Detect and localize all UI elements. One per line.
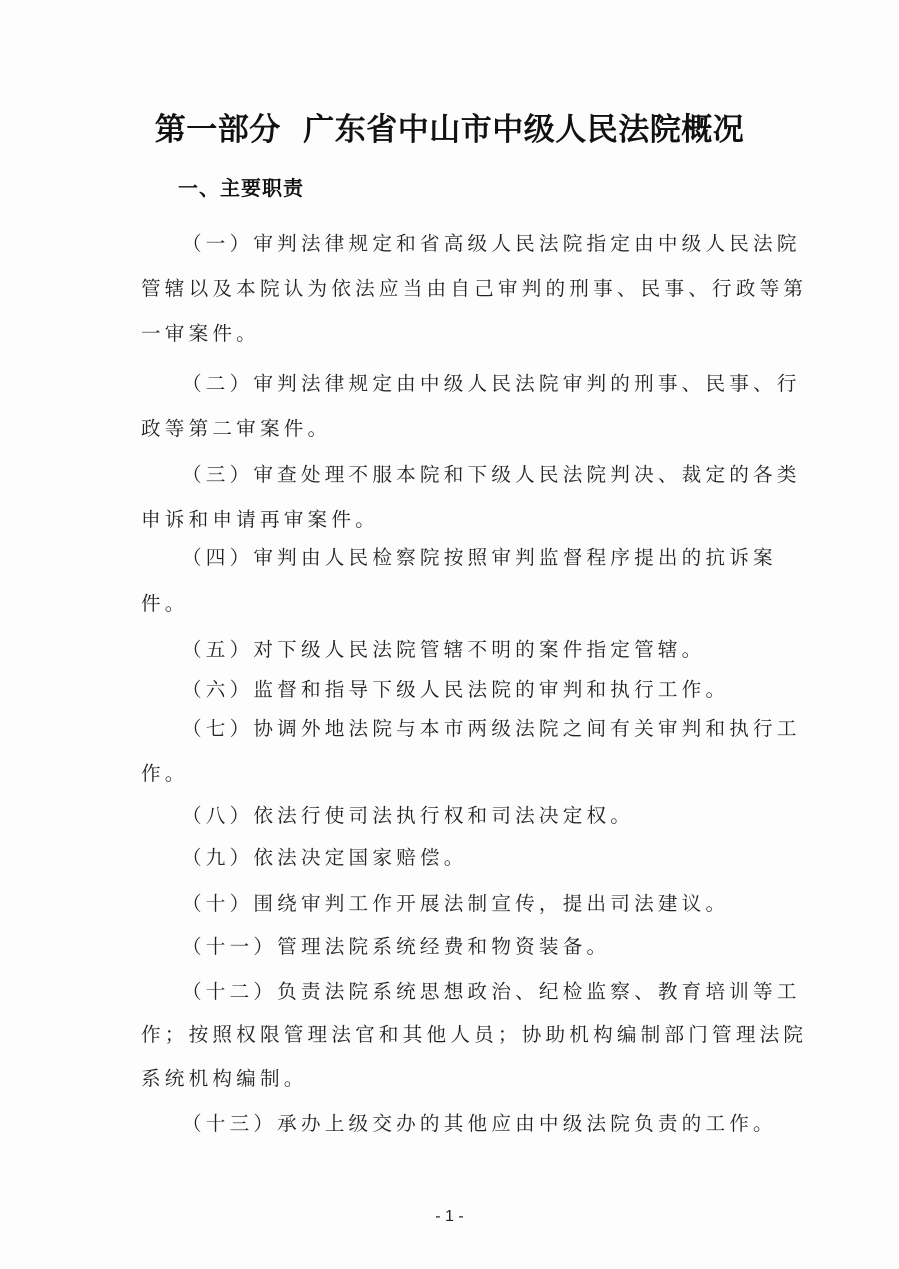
text-line: 系统机构编制。 <box>141 1069 308 1089</box>
text-line: 一审案件。 <box>141 324 260 344</box>
document-page: 第一部分 广东省中山市中级人民法院概况 一、主要职责 （一）审判法律规定和省高级… <box>0 0 899 1269</box>
text-line: 作；按照权限管理法官和其他人员；协助机构编制部门管理法院 <box>141 1025 807 1045</box>
text-line: （十三）承办上级交办的其他应由中级法院负责的工作。 <box>182 1114 777 1134</box>
text-line: （一）审判法律规定和省高级人民法院指定由中级人民法院 <box>182 234 801 254</box>
text-line: （十一）管理法院系统经费和物资装备。 <box>182 937 610 957</box>
text-line: （五）对下级人民法院管辖不明的案件指定管辖。 <box>182 640 705 660</box>
text-line: 管辖以及本院认为依法应当由自己审判的刑事、民事、行政等第 <box>141 279 807 299</box>
text-line: （十）围绕审判工作开展法制宣传，提出司法建议。 <box>182 894 729 914</box>
text-line: 申诉和申请再审案件。 <box>141 510 379 530</box>
text-line: （八）依法行使司法执行权和司法决定权。 <box>182 806 634 826</box>
text-line: 作。 <box>141 764 189 784</box>
text-line: （七）协调外地法院与本市两级法院之间有关审判和执行工 <box>182 719 801 739</box>
text-line: （四）审判由人民检察院按照审判监督程序提出的抗诉案 <box>182 548 777 568</box>
text-line: （十二）负责法院系统思想政治、纪检监察、教育培训等工 <box>182 982 801 1002</box>
section-heading: 一、主要职责 <box>178 172 304 201</box>
text-line: （六）监督和指导下级人民法院的审判和执行工作。 <box>182 680 729 700</box>
text-line: 政等第二审案件。 <box>141 419 331 439</box>
text-line: （三）审查处理不服本院和下级人民法院判决、裁定的各类 <box>182 465 801 485</box>
page-number: - 1 - <box>0 1208 899 1226</box>
text-line: （九）依法决定国家赔偿。 <box>182 848 468 868</box>
page-title: 第一部分 广东省中山市中级人民法院概况 <box>0 104 899 149</box>
text-line: 件。 <box>141 594 189 614</box>
text-line: （二）审判法律规定由中级人民法院审判的刑事、民事、行 <box>182 374 801 394</box>
